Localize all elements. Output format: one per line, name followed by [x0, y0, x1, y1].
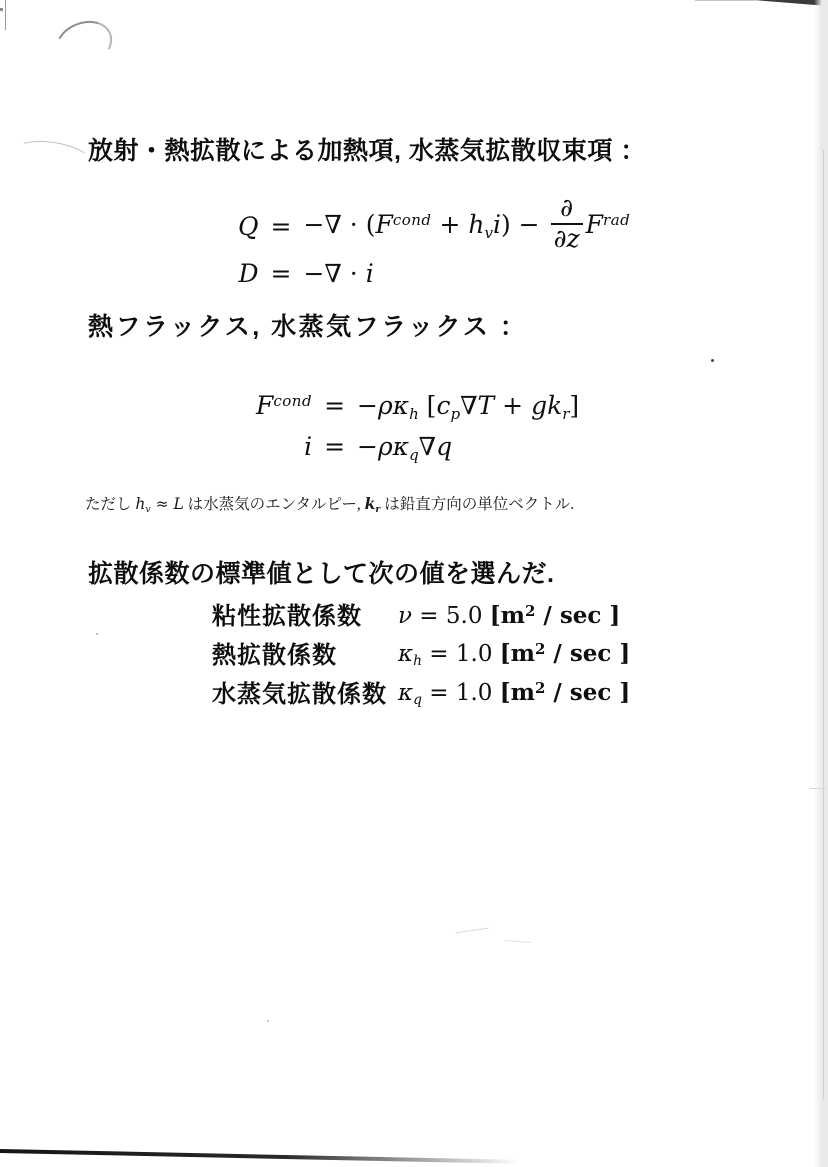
heading-heating-terms: 放射・熱拡散による加熱項, 水蒸気拡散収束項 ：: [88, 131, 646, 167]
scan-dot-2: [96, 633, 98, 635]
equation-block-flux: Fcond = −ρκh [cp∇T + gkr] i = −ρκq∇q: [256, 391, 579, 461]
equation-block-heating: Q = −∇ · (Fcond + hvi) − ∂∂zFrad D = −∇ …: [238, 200, 630, 288]
scan-dot-1: [711, 359, 714, 362]
equation-fcond-lhs: Fcond: [256, 391, 312, 420]
equation-d-rhs: −∇ · i: [303, 259, 373, 288]
equation-fcond-rhs: −ρκh [cp∇T + gkr]: [357, 391, 579, 420]
document-page: 放射・熱拡散による加熱項, 水蒸気拡散収束項 ： Q = −∇ · (Fcond…: [0, 0, 828, 1167]
equation-i-rhs: −ρκq∇q: [357, 432, 452, 461]
table-row-label-viscosity: 粘性拡散係数: [212, 602, 398, 632]
scan-line-right: [823, 150, 824, 1100]
equation-q-rhs: −∇ · (Fcond + hvi) − ∂∂zFrad: [303, 200, 630, 253]
table-row-value-vapor: κq = 1.0 [m2 / sec ]: [398, 678, 630, 711]
heading-diffusion-coefficients: 拡散係数の標準値として次の値を選んだ.: [88, 554, 554, 590]
scan-edge-top-right-tail: [695, 0, 755, 1]
scan-line-left: [5, 0, 6, 30]
equation-d-lhs: D: [238, 259, 258, 288]
equals-sign: =: [312, 391, 357, 420]
table-row-value-thermal: κh = 1.0 [m2 / sec ]: [398, 639, 630, 672]
table-row-label-thermal: 熱拡散係数: [212, 641, 398, 671]
scan-tick-left: [0, 8, 3, 11]
table-row-value-viscosity: ν = 5.0 [m2 / sec ]: [398, 601, 630, 633]
equation-q-lhs: Q: [238, 212, 259, 241]
scan-edge-top-right: [753, 0, 828, 6]
heading-flux: 熱フラックス, 水蒸気フラックス ：: [88, 307, 527, 343]
equals-sign: =: [259, 259, 304, 288]
scan-dot-3: [267, 1020, 269, 1022]
scan-curl-mark2-icon: [14, 136, 91, 173]
equals-sign: =: [312, 432, 357, 461]
scan-edge-bottom-line: [0, 1149, 520, 1164]
scan-smudge-2: [505, 940, 531, 943]
note-definitions: ただし hv ≈ L は水蒸気のエンタルピー, kr は鉛直方向の単位ベクトル.: [85, 492, 574, 514]
scan-smudge-1: [455, 928, 489, 934]
scan-band-right: [814, 0, 828, 1167]
equals-sign: =: [259, 212, 304, 241]
table-row-label-vapor: 水蒸気拡散係数: [212, 680, 398, 710]
equation-i-lhs: i: [304, 432, 312, 461]
coefficient-table: 粘性拡散係数 ν = 5.0 [m2 / sec ] 熱拡散係数 κh = 1.…: [212, 601, 630, 711]
scan-mark-right: [810, 788, 826, 789]
scan-curl-mark-icon: [49, 13, 119, 76]
